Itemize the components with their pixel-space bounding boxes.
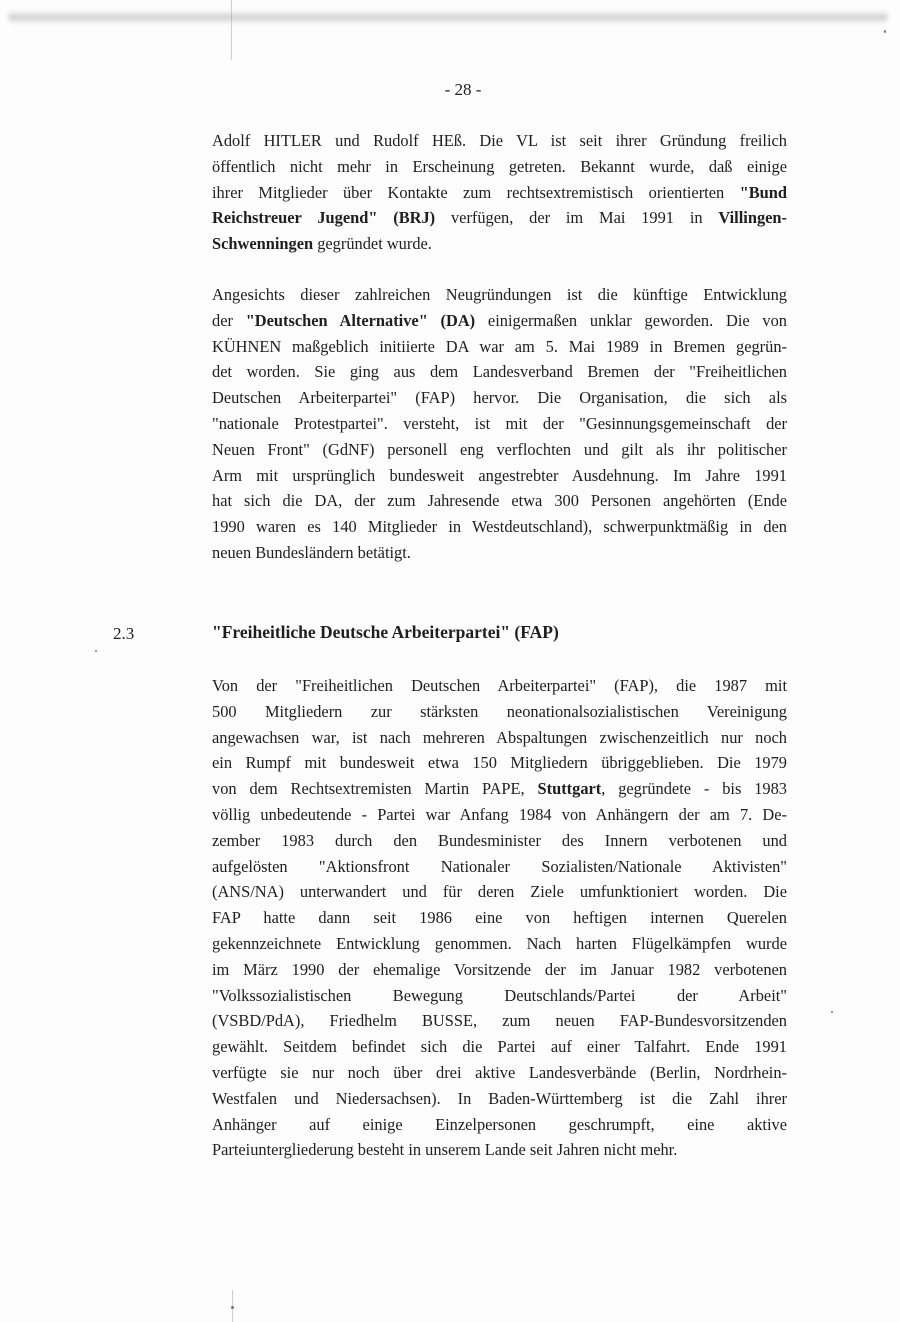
text-line: im März 1990 der ehemalige Vorsitzende d… [212,957,787,983]
section-heading: "Freiheitliche Deutsche Arbeiterpartei" … [212,622,559,643]
text-run: zember 1983 durch den Bundesminister des… [212,831,787,850]
scan-artifact-dot [831,1011,833,1013]
text-line: Adolf HITLER und Rudolf HEß. Die VL ist … [212,128,787,154]
text-line: (ANS/NA) unterwandert und für deren Ziel… [212,879,787,905]
text-run: Von der "Freiheitlichen Deutschen Arbeit… [212,676,787,695]
bold-term: Stuttgart [538,779,602,798]
text-run: verfügen, der im Mai 1991 in [435,208,718,227]
text-line: KÜHNEN maßgeblich initiierte DA war am 5… [212,334,787,360]
text-run: FAP hatte dann seit 1986 eine von heftig… [212,908,787,927]
text-run: KÜHNEN maßgeblich initiierte DA war am 5… [212,337,787,356]
page-number: - 28 - [0,80,900,100]
text-line: zember 1983 durch den Bundesminister des… [212,828,787,854]
text-line: "Volkssozialistischen Bewegung Deutschla… [212,983,787,1009]
text-run: einigermaßen unklar geworden. Die von [475,311,787,330]
text-line: ihrer Mitglieder über Kontakte zum recht… [212,180,787,206]
text-line: angewachsen war, ist nach mehreren Abspa… [212,725,787,751]
text-run: hat sich die DA, der zum Jahresende etwa… [212,491,787,510]
bold-term: Villingen- [718,208,787,227]
text-line: öffentlich nicht mehr in Erscheinung get… [212,154,787,180]
text-run: Parteiuntergliederung besteht in unserem… [212,1140,677,1159]
paragraph-fap: Von der "Freiheitlichen Deutschen Arbeit… [212,673,787,1163]
text-run: gekennzeichnete Entwicklung genommen. Na… [212,934,787,953]
text-run: Neuen Front" (GdNF) personell eng verflo… [212,440,787,459]
text-line: neuen Bundesländern betätigt. [212,540,787,566]
text-run: öffentlich nicht mehr in Erscheinung get… [212,157,787,176]
text-run: "Volkssozialistischen Bewegung Deutschla… [212,986,787,1005]
text-line: Schwenningen gegründet wurde. [212,231,787,257]
text-line: völlig unbedeutende - Partei war Anfang … [212,802,787,828]
text-run: völlig unbedeutende - Partei war Anfang … [212,805,787,824]
text-run: neuen Bundesländern betätigt. [212,543,411,562]
scan-edge-shadow [8,10,888,24]
text-run: Arm mit ursprünglich bundesweit angestre… [212,466,787,485]
scan-artifact-line [231,0,232,60]
text-run: der [212,311,246,330]
text-run: (ANS/NA) unterwandert und für deren Ziel… [212,882,787,901]
bold-term: Reichstreuer Jugend" (BRJ) [212,208,435,227]
text-line: 500 Mitgliedern zur stärksten neonationa… [212,699,787,725]
text-line: hat sich die DA, der zum Jahresende etwa… [212,488,787,514]
text-line: aufgelösten "Aktionsfront Nationaler Soz… [212,854,787,880]
text-line: gewählt. Seitdem befindet sich die Parte… [212,1034,787,1060]
text-line: ein Rumpf mit bundesweit etwa 150 Mitgli… [212,750,787,776]
text-line: Arm mit ursprünglich bundesweit angestre… [212,463,787,489]
text-line: Anhänger auf einige Einzelpersonen gesch… [212,1112,787,1138]
text-run: 500 Mitgliedern zur stärksten neonationa… [212,702,787,721]
text-run: Anhänger auf einige Einzelpersonen gesch… [212,1115,787,1134]
text-run: von dem Rechtsextremisten Martin PAPE, [212,779,538,798]
text-line: Angesichts dieser zahlreichen Neugründun… [212,282,787,308]
text-line: "nationale Protestpartei". versteht, ist… [212,411,787,437]
text-line: Von der "Freiheitlichen Deutschen Arbeit… [212,673,787,699]
text-line: Neuen Front" (GdNF) personell eng verflo… [212,437,787,463]
text-run: (VSBD/PdA), Friedhelm BUSSE, zum neuen F… [212,1011,787,1030]
text-run: aufgelösten "Aktionsfront Nationaler Soz… [212,857,787,876]
text-run: ihrer Mitglieder über Kontakte zum recht… [212,183,740,202]
text-run: ein Rumpf mit bundesweit etwa 150 Mitgli… [212,753,787,772]
text-run: Adolf HITLER und Rudolf HEß. Die VL ist … [212,131,787,150]
text-line: Deutschen Arbeiterpartei" (FAP) hervor. … [212,385,787,411]
paragraph-vl-continuation: Adolf HITLER und Rudolf HEß. Die VL ist … [212,128,787,257]
paragraph-deutsche-alternative: Angesichts dieser zahlreichen Neugründun… [212,282,787,566]
text-run: Westfalen und Niedersachsen). In Baden-W… [212,1089,787,1108]
text-line: 1990 waren es 140 Mitglieder in Westdeut… [212,514,787,540]
text-run: im März 1990 der ehemalige Vorsitzende d… [212,960,787,979]
text-run: gegründet wurde. [313,234,432,253]
text-line: von dem Rechtsextremisten Martin PAPE, S… [212,776,787,802]
text-line: (VSBD/PdA), Friedhelm BUSSE, zum neuen F… [212,1008,787,1034]
text-line: Parteiuntergliederung besteht in unserem… [212,1137,787,1163]
text-run: det worden. Sie ging aus dem Landesverba… [212,362,787,381]
scan-artifact-dot [884,30,886,33]
section-number: 2.3 [113,624,134,644]
scan-artifact-dot [95,650,97,652]
text-run: verfügte sie nur noch über drei aktive L… [212,1063,787,1082]
text-line: verfügte sie nur noch über drei aktive L… [212,1060,787,1086]
text-line: Reichstreuer Jugend" (BRJ) verfügen, der… [212,205,787,231]
text-line: det worden. Sie ging aus dem Landesverba… [212,359,787,385]
bold-term: "Bund [740,183,787,202]
text-line: FAP hatte dann seit 1986 eine von heftig… [212,905,787,931]
bold-term: Schwenningen [212,234,313,253]
text-run: angewachsen war, ist nach mehreren Abspa… [212,728,787,747]
text-run: "nationale Protestpartei". versteht, ist… [212,414,787,433]
scan-artifact-dot [231,1306,234,1309]
text-line: Westfalen und Niedersachsen). In Baden-W… [212,1086,787,1112]
bold-term: "Deutschen Alternative" (DA) [246,311,475,330]
text-run: gewählt. Seitdem befindet sich die Parte… [212,1037,787,1056]
text-run: Deutschen Arbeiterpartei" (FAP) hervor. … [212,388,787,407]
text-run: , gegründete - bis 1983 [601,779,787,798]
text-run: Angesichts dieser zahlreichen Neugründun… [212,285,787,304]
text-line: der "Deutschen Alternative" (DA) einiger… [212,308,787,334]
text-line: gekennzeichnete Entwicklung genommen. Na… [212,931,787,957]
text-run: 1990 waren es 140 Mitglieder in Westdeut… [212,517,787,536]
